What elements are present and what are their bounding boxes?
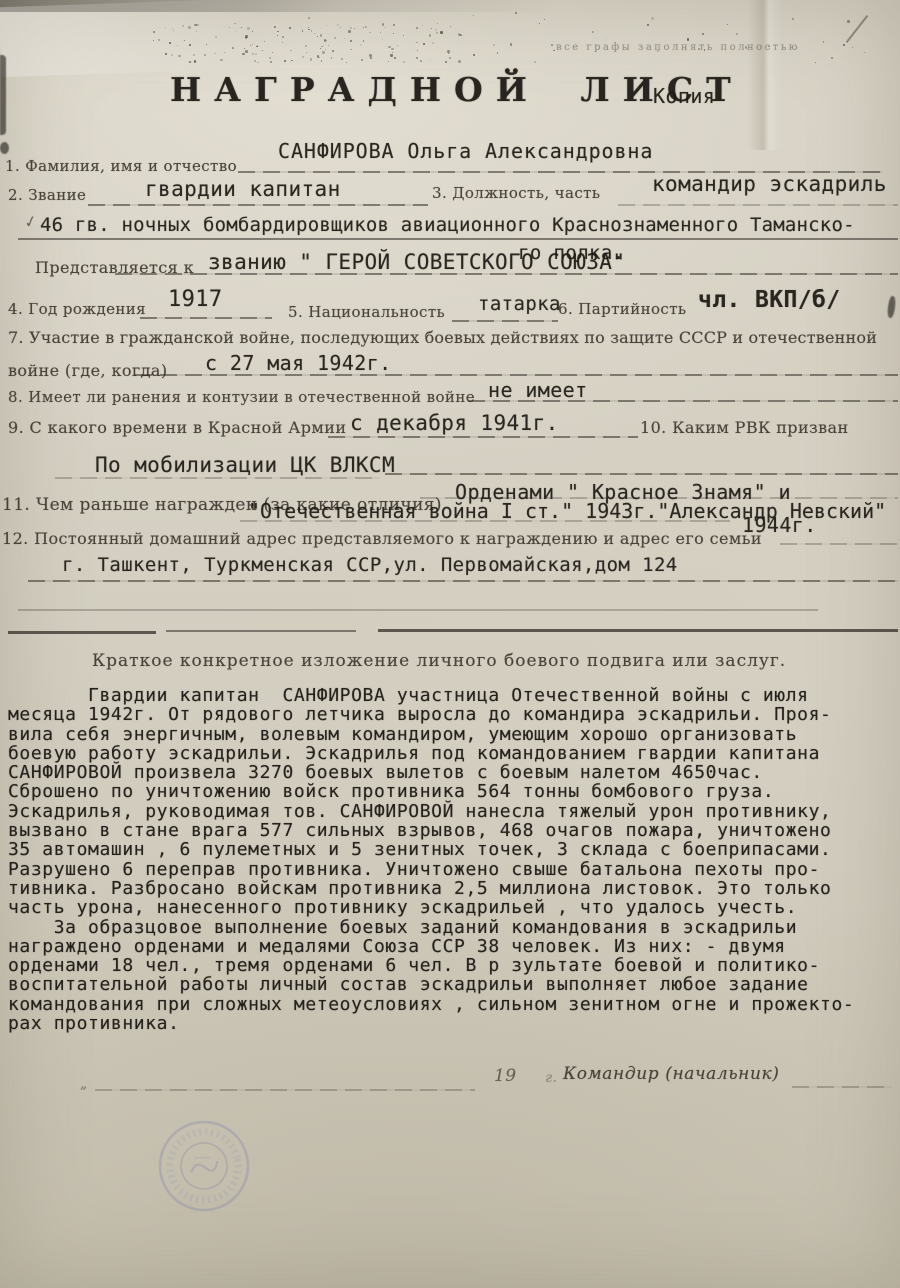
field-wounds-value: не имеет bbox=[488, 378, 588, 402]
form-instruction-note: все графы заполнять полностью bbox=[556, 42, 800, 53]
submitted-value: званию " ГЕРОЙ СОВЕТСКОГО СОЮЗА" bbox=[208, 250, 625, 274]
blank-line-2a bbox=[8, 631, 156, 634]
unit-line1: 46 гв. ночных бомбардировщиков авиационн… bbox=[40, 214, 855, 236]
field-birth-underline bbox=[140, 317, 272, 319]
field-nationality-value: татарка bbox=[478, 293, 561, 315]
blank-line-1 bbox=[18, 609, 818, 611]
blank-line-2c bbox=[378, 629, 898, 632]
field-position-label: 3. Должность, часть bbox=[432, 184, 600, 202]
drafted-underline-right bbox=[385, 473, 898, 475]
field-birth-label: 4. Год рождения bbox=[8, 300, 146, 318]
summary-body-text: Гвардии капитан САНФИРОВА участница Отеч… bbox=[8, 686, 854, 1033]
round-ink-stamp bbox=[133, 1095, 275, 1237]
blank-line-2b bbox=[166, 630, 356, 632]
footer-date-underline bbox=[95, 1089, 475, 1091]
field-war-value: с 27 мая 1942г. bbox=[205, 351, 392, 375]
field-rank-value: гвардии капитан bbox=[145, 177, 341, 201]
award-sheet-document: все графы заполнять полностью НАГРАДНОЙ … bbox=[0, 0, 900, 1288]
footer-quote-mark: „ bbox=[80, 1076, 88, 1092]
summary-heading: Краткое конкретное изложение личного бое… bbox=[92, 651, 786, 671]
field-name-label: 1. Фамилия, имя и отчество bbox=[5, 157, 237, 175]
field-war-label-line2: войне (где, когда) bbox=[8, 361, 168, 380]
footer-year-prefix: 19 bbox=[494, 1066, 516, 1086]
field-name-value: САНФИРОВА Ольга Александровна bbox=[278, 139, 653, 163]
field-nationality-underline bbox=[452, 320, 558, 322]
field-birth-value: 1917 bbox=[168, 287, 223, 312]
field-drafted-value: По мобилизации ЦК ВЛКСМ bbox=[95, 453, 395, 477]
field-position-underline bbox=[618, 204, 898, 206]
field-address-value: г. Ташкент, Туркменская ССР,ул. Первомай… bbox=[62, 554, 678, 576]
copy-label: Копия bbox=[653, 84, 715, 108]
awards-underline-2 bbox=[240, 520, 730, 522]
address-label-underline bbox=[780, 543, 898, 545]
field-army-value: с декабря 1941г. bbox=[350, 411, 559, 435]
left-edge-ink-dot bbox=[0, 142, 9, 154]
awards-underline-1 bbox=[420, 497, 898, 499]
drafted-underline-left bbox=[55, 477, 380, 479]
field-army-label: 9. С какого времени в Красной Армии bbox=[8, 418, 346, 437]
unit-underline bbox=[18, 238, 898, 240]
footer-year-suffix: г. bbox=[545, 1070, 557, 1086]
field-war-label-line1: 7. Участие в гражданской войне, последую… bbox=[8, 328, 877, 347]
footer-commander-label: Командир (начальник) bbox=[563, 1064, 780, 1084]
field-party-label: 6. Партийность bbox=[558, 300, 687, 318]
field-wounds-underline bbox=[468, 400, 898, 402]
field-rank-underline bbox=[88, 204, 428, 206]
footer-signature-underline bbox=[792, 1086, 892, 1088]
field-army-underline bbox=[328, 436, 638, 438]
field-position-value: командир эскадриль bbox=[652, 172, 887, 196]
field-nationality-label: 5. Национальность bbox=[288, 303, 445, 321]
ink-speckle-band bbox=[0, 0, 900, 70]
field-address-label: 12. Постоянный домашний адрес представля… bbox=[2, 529, 762, 548]
field-war-underline bbox=[135, 374, 898, 376]
field-drafted-label: 10. Каким РВК призван bbox=[640, 418, 849, 437]
field-rank-label: 2. Звание bbox=[8, 186, 86, 204]
address-underline bbox=[28, 580, 898, 582]
pencil-checkmark: ✓ bbox=[22, 211, 40, 233]
field-wounds-label: 8. Имеет ли ранения и контузии в отечест… bbox=[8, 388, 475, 406]
field-party-value: чл. ВКП/б/ bbox=[698, 287, 840, 313]
right-edge-ink-mark bbox=[887, 296, 897, 319]
submitted-underline bbox=[115, 273, 898, 275]
